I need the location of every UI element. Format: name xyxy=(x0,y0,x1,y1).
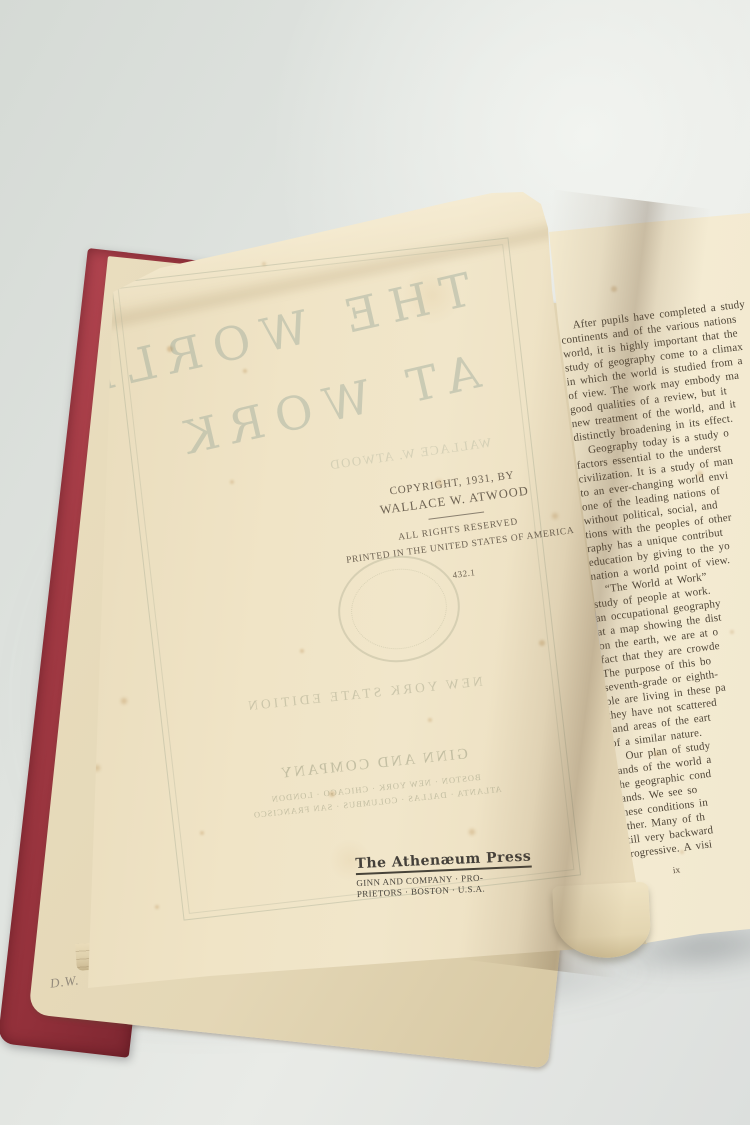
press-imprint-stamp: The Athenæum Press GINN AND COMPANY · PR… xyxy=(355,847,547,900)
foxing-spots-right xyxy=(0,0,4,4)
showthrough-seal-inner-ring xyxy=(345,562,452,656)
book-photo: D.W. THE WORLD AT WORK WALLACE W. ATWOOD… xyxy=(0,0,750,1125)
copyright-rule xyxy=(428,511,484,519)
foxing-spots-left xyxy=(0,0,4,4)
